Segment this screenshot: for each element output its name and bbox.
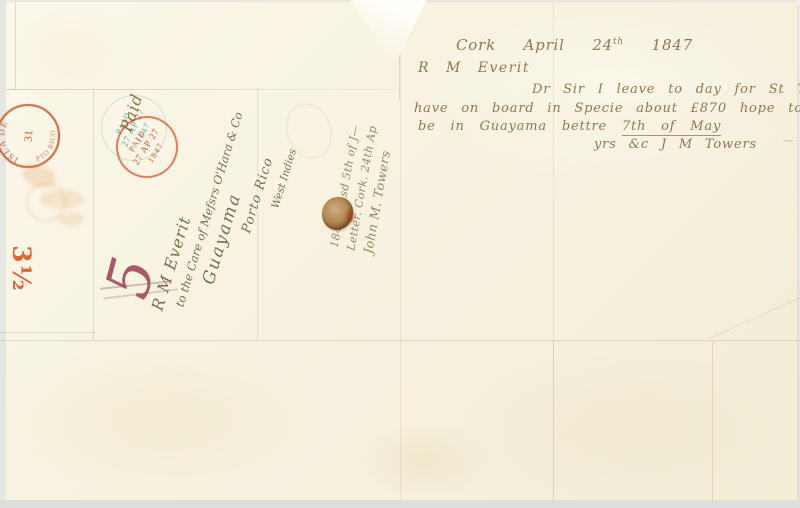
scanner-background: Cork April 24th 1847 R M Everit Dr Sir I…	[0, 0, 800, 508]
isla-stamp-day: 31	[21, 129, 36, 142]
stamp-smudge	[58, 212, 84, 226]
letter-body-line-3: be in Guayama bettre 7th of May	[418, 119, 721, 134]
body-line-3-start: be in Guayama bettre	[418, 119, 622, 134]
underlined-date-phrase: 7th of May	[622, 119, 721, 136]
isla-stamp-arc-top: ISLA DE	[0, 118, 23, 165]
rate-3half-number: 3½	[7, 245, 36, 292]
dateline-place: Cork	[456, 36, 496, 54]
letter-recipient-line: R M Everit	[418, 60, 530, 76]
dateline-suffix: th	[613, 37, 624, 47]
scan-edge-bottom	[0, 500, 800, 508]
dateline-date: April 24	[524, 36, 613, 54]
letter-dateline: Cork April 24th 1847	[456, 36, 693, 54]
letter-body-line-1: Dr Sir I leave to day for St Thomas	[532, 82, 800, 97]
dateline-year: 1847	[652, 36, 693, 54]
rate-marking-3half-reales: 3½ R	[0, 253, 53, 285]
svg-text:ISLA DE: ISLA DE	[0, 118, 23, 165]
letter-signature: yrs &c J M Towers	[594, 137, 757, 152]
scanned-cover-page: { "scan": { "description": "Folded stamp…	[0, 0, 800, 508]
wax-seal-fleck	[346, 210, 354, 222]
svg-text:PTO RICO: PTO RICO	[34, 127, 58, 164]
letter-body-line-2: have on board in Specie about £870 hope …	[414, 101, 800, 116]
isla-stamp-arc-bottom: PTO RICO	[34, 127, 58, 164]
ink-flourish: ⁓	[783, 134, 794, 147]
